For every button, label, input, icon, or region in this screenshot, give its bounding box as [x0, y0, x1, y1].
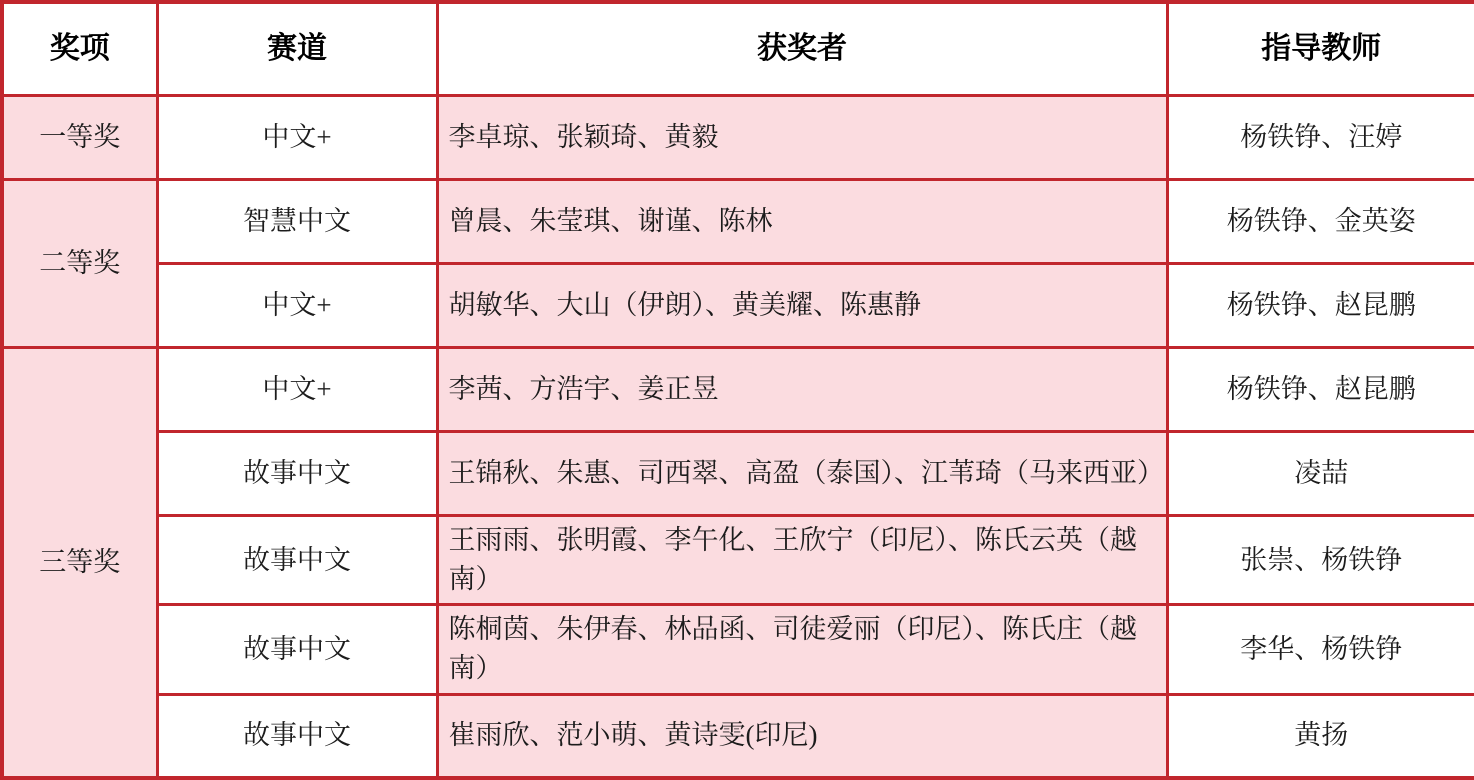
track-cell: 故事中文 — [157, 432, 437, 516]
table-row: 故事中文陈桐茵、朱伊春、林品函、司徒爱丽（印尼）、陈氏庄（越南）李华、杨铁铮 — [2, 605, 1474, 694]
advisors-cell: 杨铁铮、赵昆鹏 — [1167, 264, 1474, 348]
track-cell: 中文+ — [157, 264, 437, 348]
winners-cell: 崔雨欣、范小萌、黄诗雯(印尼) — [437, 694, 1167, 778]
table-row: 故事中文王锦秋、朱惠、司西翠、高盈（泰国）、江苇琦（马来西亚）凌喆 — [2, 432, 1474, 516]
awards-table-body: 一等奖中文+李卓琼、张颖琦、黄毅杨铁铮、汪婷二等奖智慧中文曾晨、朱莹琪、谢谨、陈… — [2, 96, 1474, 779]
table-row: 一等奖中文+李卓琼、张颖琦、黄毅杨铁铮、汪婷 — [2, 96, 1474, 180]
winners-cell: 曾晨、朱莹琪、谢谨、陈林 — [437, 180, 1167, 264]
header-row: 奖项 赛道 获奖者 指导教师 — [2, 2, 1474, 96]
track-cell: 中文+ — [157, 96, 437, 180]
award-cell: 三等奖 — [2, 348, 157, 779]
col-header-track: 赛道 — [157, 2, 437, 96]
awards-table: 奖项 赛道 获奖者 指导教师 一等奖中文+李卓琼、张颖琦、黄毅杨铁铮、汪婷二等奖… — [0, 0, 1474, 780]
advisors-cell: 黄扬 — [1167, 694, 1474, 778]
table-row: 故事中文王雨雨、张明霞、李午化、王欣宁（印尼）、陈氏云英（越南）张崇、杨铁铮 — [2, 516, 1474, 605]
track-cell: 故事中文 — [157, 516, 437, 605]
winners-cell: 李茜、方浩宇、姜正昱 — [437, 348, 1167, 432]
track-cell: 中文+ — [157, 348, 437, 432]
col-header-award: 奖项 — [2, 2, 157, 96]
track-cell: 故事中文 — [157, 605, 437, 694]
col-header-winners: 获奖者 — [437, 2, 1167, 96]
advisors-cell: 杨铁铮、金英姿 — [1167, 180, 1474, 264]
winners-cell: 李卓琼、张颖琦、黄毅 — [437, 96, 1167, 180]
table-row: 中文+胡敏华、大山（伊朗）、黄美耀、陈惠静杨铁铮、赵昆鹏 — [2, 264, 1474, 348]
advisors-cell: 张崇、杨铁铮 — [1167, 516, 1474, 605]
winners-cell: 王雨雨、张明霞、李午化、王欣宁（印尼）、陈氏云英（越南） — [437, 516, 1167, 605]
advisors-cell: 杨铁铮、赵昆鹏 — [1167, 348, 1474, 432]
winners-cell: 王锦秋、朱惠、司西翠、高盈（泰国）、江苇琦（马来西亚） — [437, 432, 1167, 516]
table-row: 故事中文崔雨欣、范小萌、黄诗雯(印尼)黄扬 — [2, 694, 1474, 778]
col-header-advisors: 指导教师 — [1167, 2, 1474, 96]
winners-cell: 胡敏华、大山（伊朗）、黄美耀、陈惠静 — [437, 264, 1167, 348]
winners-cell: 陈桐茵、朱伊春、林品函、司徒爱丽（印尼）、陈氏庄（越南） — [437, 605, 1167, 694]
track-cell: 智慧中文 — [157, 180, 437, 264]
award-cell: 一等奖 — [2, 96, 157, 180]
advisors-cell: 凌喆 — [1167, 432, 1474, 516]
award-cell: 二等奖 — [2, 180, 157, 348]
advisors-cell: 杨铁铮、汪婷 — [1167, 96, 1474, 180]
advisors-cell: 李华、杨铁铮 — [1167, 605, 1474, 694]
table-row: 三等奖中文+李茜、方浩宇、姜正昱杨铁铮、赵昆鹏 — [2, 348, 1474, 432]
track-cell: 故事中文 — [157, 694, 437, 778]
table-row: 二等奖智慧中文曾晨、朱莹琪、谢谨、陈林杨铁铮、金英姿 — [2, 180, 1474, 264]
